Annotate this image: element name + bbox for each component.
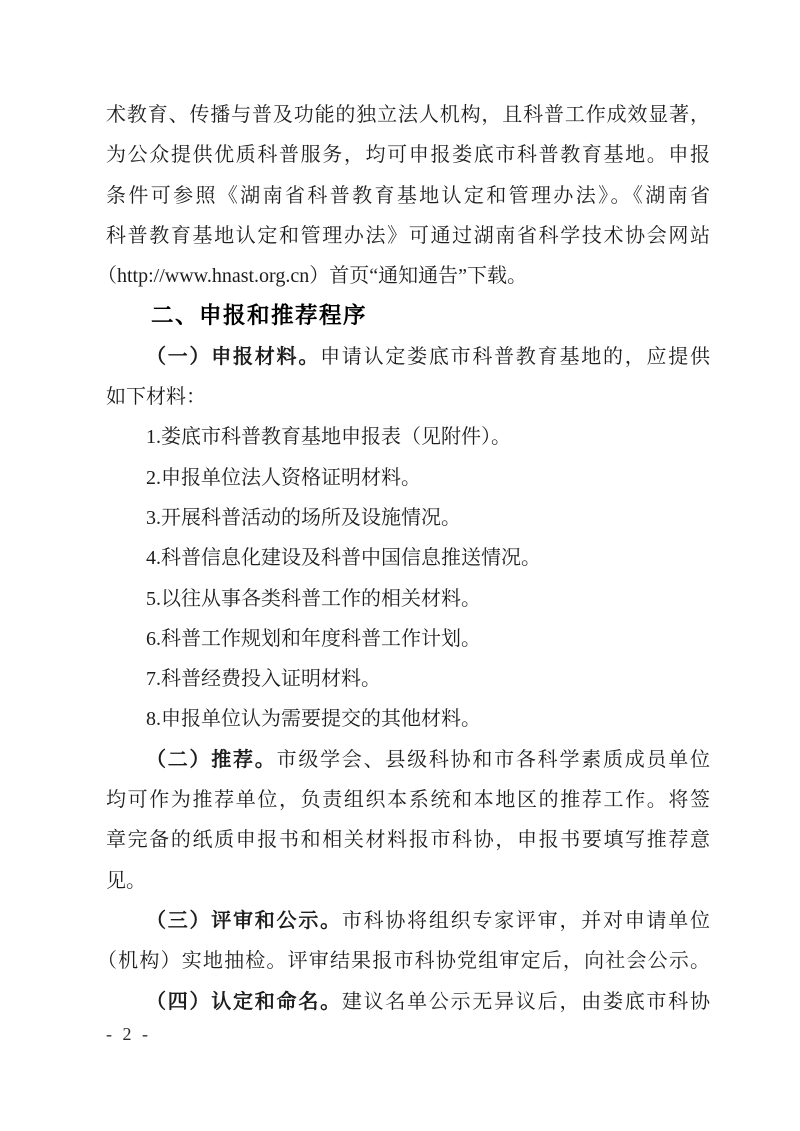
body-line: 均可作为推荐单位，负责组织本系统和本地区的推荐工作。将签 xyxy=(106,780,710,820)
list-item: 6.科普工作规划和年度科普工作计划。 xyxy=(106,619,710,659)
list-item-text: 1.娄底市科普教育基地申报表（见附件）。 xyxy=(146,426,511,448)
section-heading: 二、申报和推荐程序 xyxy=(106,296,710,336)
url-text: （http://www.hnast.org.cn）首页“通知通告”下载。 xyxy=(97,265,527,287)
body-text: 市级学会、县级科协和市各科学素质成员单位 xyxy=(277,749,710,771)
body-line: 条件可参照《湖南省科普教育基地认定和管理办法》。《湖南省 xyxy=(106,176,710,216)
body-line: 如下材料： xyxy=(106,377,710,417)
list-item-text: 3.开展科普活动的场所及设施情况。 xyxy=(146,507,461,529)
section-heading-text: 二、申报和推荐程序 xyxy=(151,303,367,328)
body-text: 申请认定娄底市科普教育基地的，应提供 xyxy=(320,346,710,368)
list-item: 8.申报单位认为需要提交的其他材料。 xyxy=(106,699,710,739)
paragraph-first-line: （三）评审和公示。市科协将组织专家评审，并对申请单位 xyxy=(106,901,710,941)
page-number: - 2 - xyxy=(106,1022,151,1046)
body-line: 见。 xyxy=(106,861,710,901)
list-item: 1.娄底市科普教育基地申报表（见附件）。 xyxy=(106,417,710,457)
lead-in-bold: （一）申报材料。 xyxy=(146,346,320,368)
lead-in-bold: （四）认定和命名。 xyxy=(146,991,342,1013)
body-text: （机构）实地抽检。评审结果报市科协党组审定后，向社会公示。 xyxy=(97,950,710,972)
document-body: 术教育、传播与普及功能的独立法人机构，且科普工作成效显著， 为公众提供优质科普服… xyxy=(106,95,710,1022)
body-line: 为公众提供优质科普服务，均可申报娄底市科普教育基地。申报 xyxy=(106,135,710,175)
body-line: 术教育、传播与普及功能的独立法人机构，且科普工作成效显著， xyxy=(106,95,710,135)
paragraph-first-line: （四）认定和命名。建议名单公示无异议后，由娄底市科协 xyxy=(106,982,710,1022)
body-text: 术教育、传播与普及功能的独立法人机构，且科普工作成效显著， xyxy=(106,104,710,126)
list-item: 7.科普经费投入证明材料。 xyxy=(106,659,710,699)
list-item: 5.以往从事各类科普工作的相关材料。 xyxy=(106,579,710,619)
body-text: 见。 xyxy=(106,870,146,892)
body-text: 科普教育基地认定和管理办法》可通过湖南省科学技术协会网站 xyxy=(106,225,710,247)
list-item-text: 7.科普经费投入证明材料。 xyxy=(146,668,381,690)
list-item-text: 2.申报单位法人资格证明材料。 xyxy=(146,467,421,489)
body-text: 条件可参照《湖南省科普教育基地认定和管理办法》。《湖南省 xyxy=(106,185,710,207)
list-item-text: 8.申报单位认为需要提交的其他材料。 xyxy=(146,708,481,730)
body-line-url: （http://www.hnast.org.cn）首页“通知通告”下载。 xyxy=(106,256,710,296)
body-text: 如下材料： xyxy=(106,386,206,408)
list-item-text: 5.以往从事各类科普工作的相关材料。 xyxy=(146,588,481,610)
list-item: 2.申报单位法人资格证明材料。 xyxy=(106,458,710,498)
body-text: 建议名单公示无异议后，由娄底市科协 xyxy=(342,991,710,1013)
body-line: （机构）实地抽检。评审结果报市科协党组审定后，向社会公示。 xyxy=(106,941,710,981)
list-item-text: 4.科普信息化建设及科普中国信息推送情况。 xyxy=(146,547,541,569)
list-item: 4.科普信息化建设及科普中国信息推送情况。 xyxy=(106,538,710,578)
paragraph-first-line: （二）推荐。市级学会、县级科协和市各科学素质成员单位 xyxy=(106,740,710,780)
document-page: 术教育、传播与普及功能的独立法人机构，且科普工作成效显著， 为公众提供优质科普服… xyxy=(0,0,800,1131)
lead-in-bold: （二）推荐。 xyxy=(146,749,277,771)
list-item-text: 6.科普工作规划和年度科普工作计划。 xyxy=(146,628,481,650)
body-line: 章完备的纸质申报书和相关材料报市科协，申报书要填写推荐意 xyxy=(106,820,710,860)
body-line: 科普教育基地认定和管理办法》可通过湖南省科学技术协会网站 xyxy=(106,216,710,256)
body-text: 为公众提供优质科普服务，均可申报娄底市科普教育基地。申报 xyxy=(106,144,710,166)
body-text: 章完备的纸质申报书和相关材料报市科协，申报书要填写推荐意 xyxy=(106,829,710,851)
body-text: 均可作为推荐单位，负责组织本系统和本地区的推荐工作。将签 xyxy=(106,789,710,811)
lead-in-bold: （三）评审和公示。 xyxy=(146,910,342,932)
paragraph-first-line: （一）申报材料。申请认定娄底市科普教育基地的，应提供 xyxy=(106,337,710,377)
list-item: 3.开展科普活动的场所及设施情况。 xyxy=(106,498,710,538)
body-text: 市科协将组织专家评审，并对申请单位 xyxy=(342,910,710,932)
